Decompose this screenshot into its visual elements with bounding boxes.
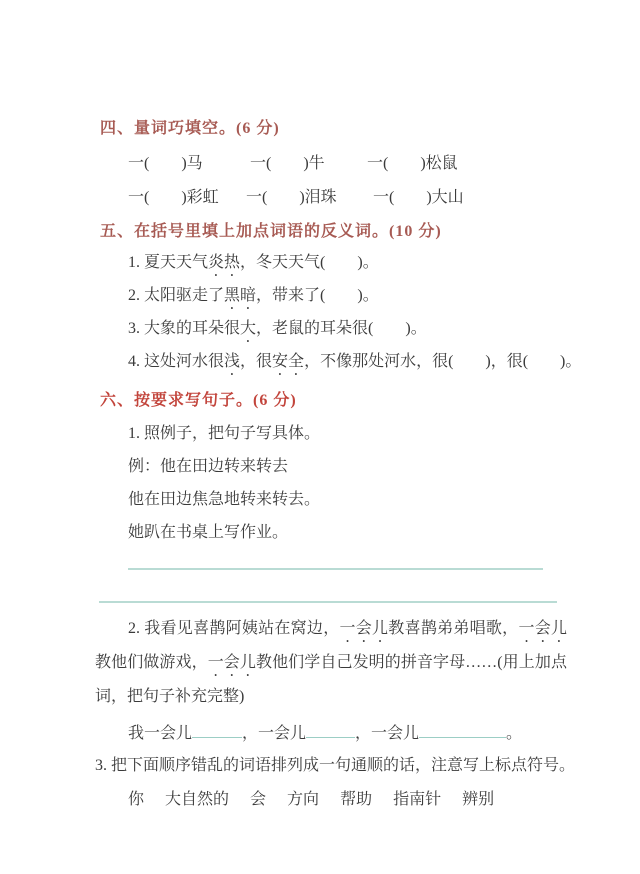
- measure-word-blank: 一( )大山: [373, 188, 464, 208]
- dotted-word: 炎热: [208, 254, 240, 271]
- measure-word-blank: 一( )松鼠: [367, 154, 458, 174]
- q1-example: 例：他在田边转来转去: [128, 457, 288, 477]
- q1-instruction: 1. 照例子，把句子写具体。: [128, 424, 320, 444]
- measure-word-blank: 一( )泪珠: [246, 188, 373, 208]
- item-text: 2. 太阳驱走了: [128, 287, 224, 304]
- word-tile: 会: [250, 790, 266, 810]
- dotted-word: 一会儿: [518, 620, 567, 637]
- word-tile: 你: [128, 790, 144, 810]
- answer-line: [128, 568, 543, 570]
- fill-text: 我一会儿: [128, 725, 192, 742]
- section4-row1: 一( )马一( )牛一( )松鼠: [128, 154, 458, 174]
- word-tile: 大自然的: [165, 790, 229, 810]
- word-tile: 方向: [287, 790, 319, 810]
- item-text: 4. 这处河水很: [128, 353, 224, 370]
- word-tile: 帮助: [340, 790, 372, 810]
- antonym-item-3: 3. 大象的耳朵很大，老鼠的耳朵很( )。: [128, 319, 427, 346]
- measure-word-blank: 一( )牛: [250, 154, 367, 174]
- q2-text: 教他们做游戏，: [95, 654, 208, 671]
- dotted-word: 安全: [272, 353, 304, 370]
- q1-sentence-to-expand: 她趴在书桌上写作业。: [128, 523, 288, 543]
- section4-row2: 一( )彩虹一( )泪珠一( )大山: [128, 188, 464, 208]
- dotted-word: 一会儿: [208, 654, 256, 671]
- dotted-word: 浅: [224, 353, 240, 370]
- q1-example-expanded: 他在田边焦急地转来转去。: [128, 490, 320, 510]
- fill-text: ，一会儿: [242, 725, 306, 742]
- word-tile: 辨别: [462, 790, 494, 810]
- item-text: 1. 夏天天气: [128, 254, 208, 271]
- worksheet-page: 四、量词巧填空。(6 分) 一( )马一( )牛一( )松鼠 一( )彩虹一( …: [0, 0, 640, 874]
- q3-instruction: 3. 把下面顺序错乱的词语排列成一句通顺的话，注意写上标点符号。: [95, 756, 575, 776]
- antonym-item-4: 4. 这处河水很浅，很安全，不像那处河水，很( )，很( )。: [128, 352, 581, 379]
- antonym-item-1: 1. 夏天天气炎热，冬天天气( )。: [128, 253, 379, 280]
- dotted-word: 大: [240, 320, 256, 337]
- fill-text: ，一会儿: [355, 725, 419, 742]
- item-text: ，不像那处河水，很( )，很( )。: [304, 353, 581, 370]
- measure-word-blank: 一( )马: [128, 154, 250, 174]
- fill-blank: [419, 722, 506, 738]
- item-text: ，带来了( )。: [256, 287, 379, 304]
- section6-heading: 六、按要求写句子。(6 分): [100, 391, 297, 411]
- section4-heading: 四、量词巧填空。(6 分): [100, 119, 280, 139]
- dotted-word: 一会儿: [339, 620, 388, 637]
- q2-text: 教喜鹊弟弟唱歌，: [388, 620, 518, 637]
- section5-heading: 五、在括号里填上加点词语的反义词。(10 分): [100, 222, 442, 242]
- antonym-item-2: 2. 太阳驱走了黑暗，带来了( )。: [128, 286, 379, 313]
- fill-blank: [306, 722, 355, 738]
- dotted-word: 黑暗: [224, 287, 256, 304]
- fill-text: 。: [506, 725, 522, 742]
- q2-fill-line: 我一会儿，一会儿，一会儿。: [128, 722, 522, 744]
- item-text: ，老鼠的耳朵很( )。: [256, 320, 427, 337]
- answer-line: [99, 601, 557, 603]
- item-text: ，冬天天气( )。: [240, 254, 379, 271]
- word-tile: 指南针: [393, 790, 441, 810]
- q2-paragraph: 2. 我看见喜鹊阿姨站在窝边，一会儿教喜鹊弟弟唱歌，一会儿教他们做游戏，一会儿教…: [95, 612, 567, 713]
- fill-blank: [192, 722, 242, 738]
- item-text: ，很: [240, 353, 272, 370]
- q3-word-bank: 你 大自然的 会 方向 帮助 指南针 辨别: [128, 790, 494, 810]
- measure-word-blank: 一( )彩虹: [128, 188, 246, 208]
- item-text: 3. 大象的耳朵很: [128, 320, 240, 337]
- q2-text: 2. 我看见喜鹊阿姨站在窝边，: [128, 620, 339, 637]
